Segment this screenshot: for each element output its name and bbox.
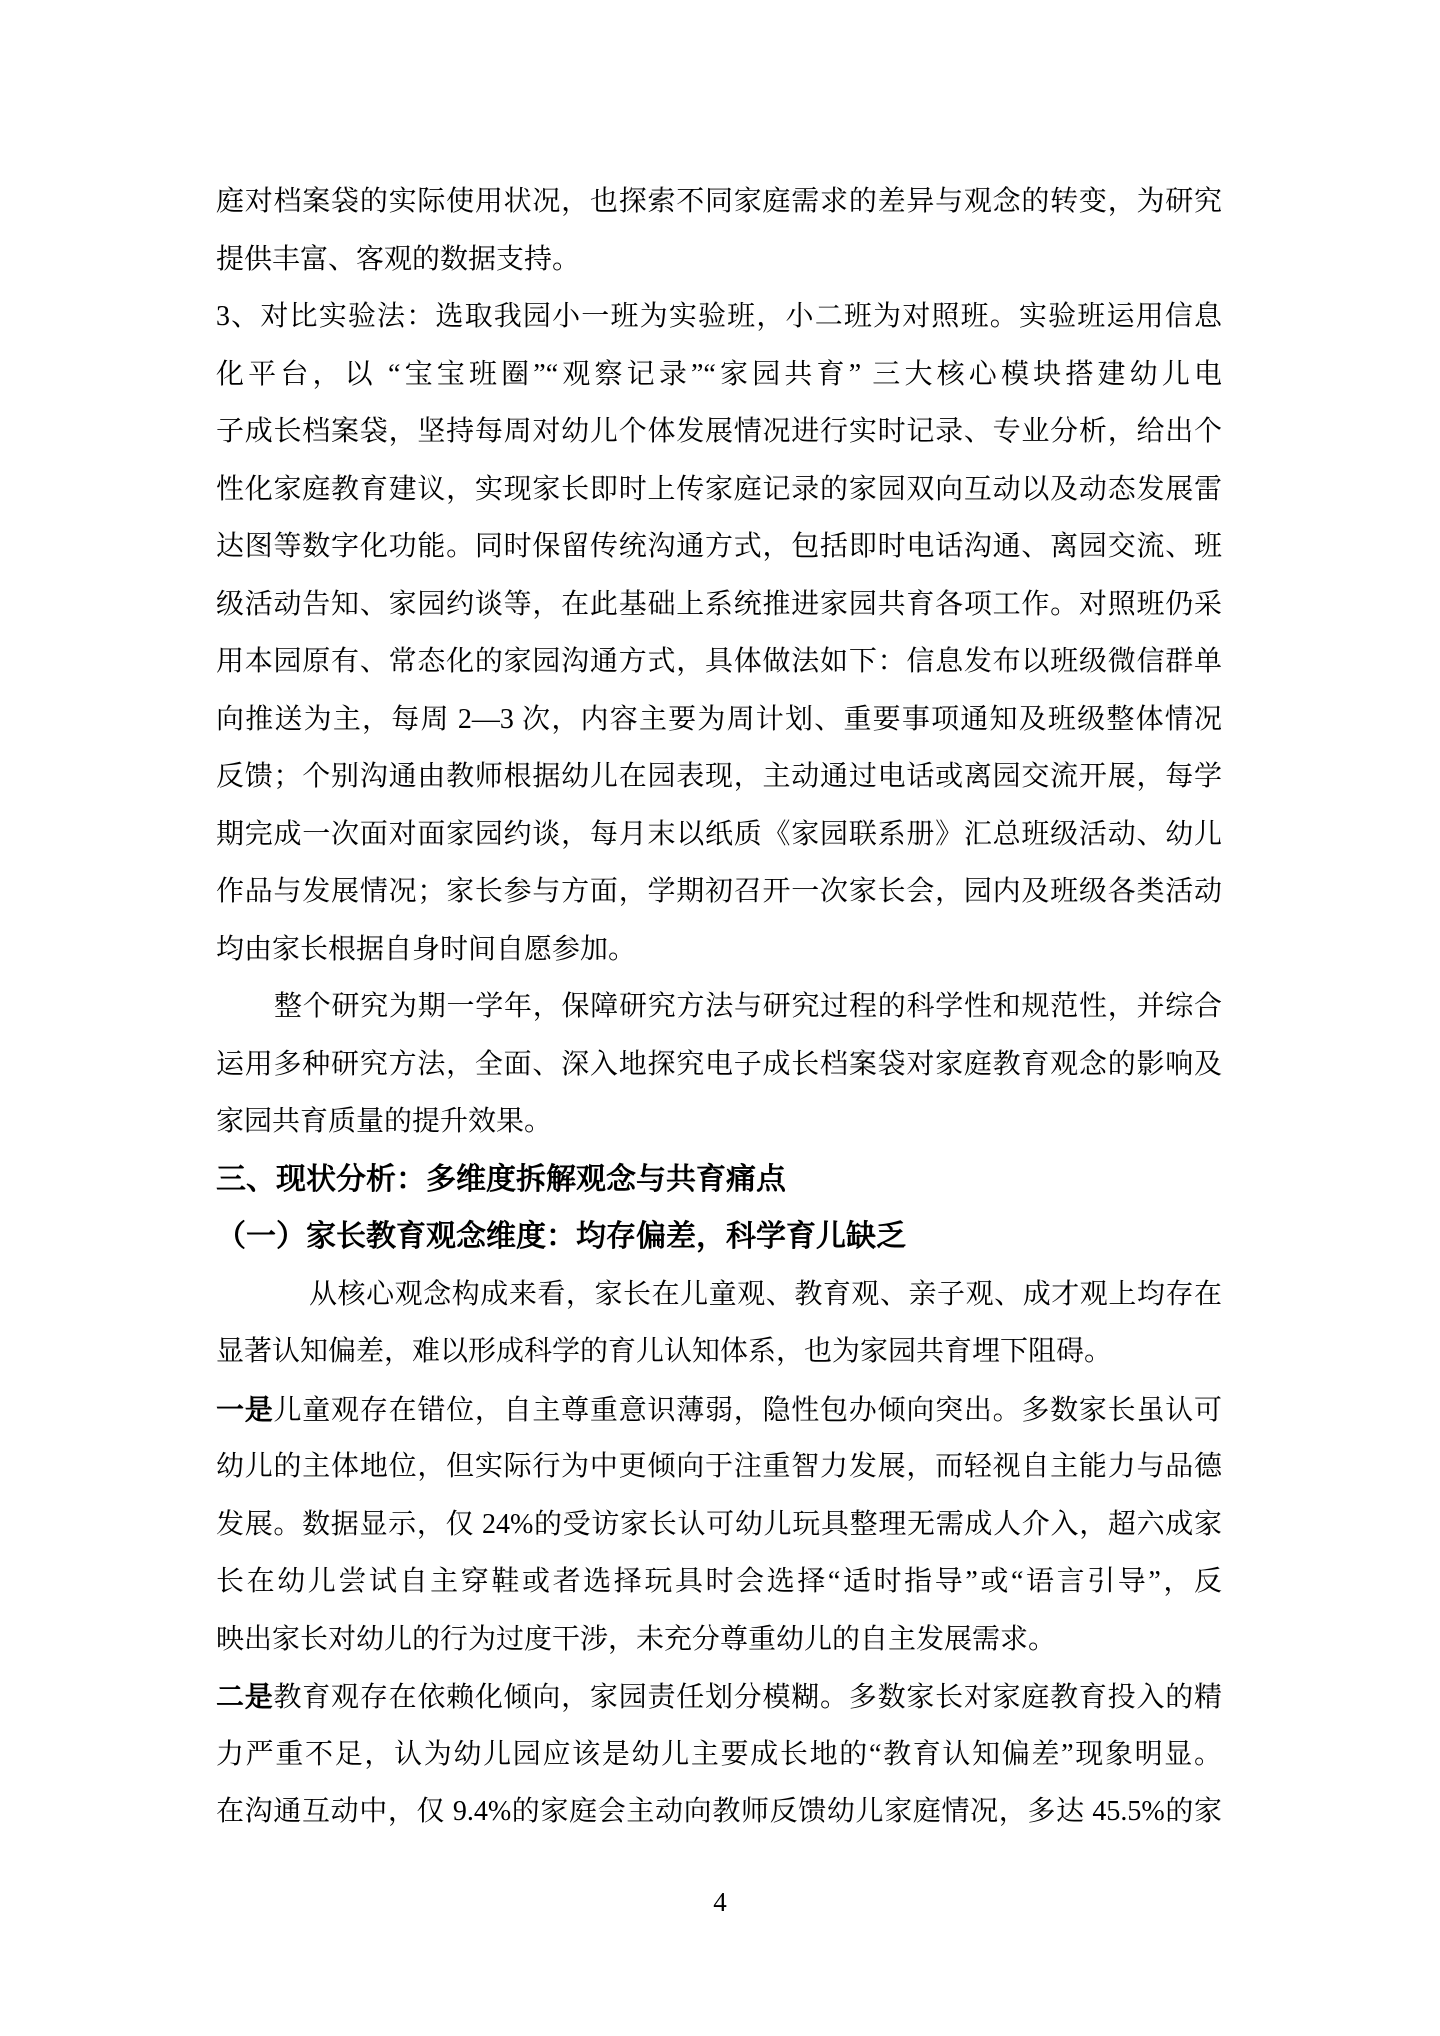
heading-subsection-one-parent-concept: （一）家长教育观念维度：均存偏差，科学育儿缺乏	[216, 1208, 1222, 1266]
text-line: 从核心观念构成来看，家长在儿童观、教育观、亲子观、成才观上均存在	[216, 1266, 1222, 1324]
text-run: 期完成一次面对面家园约谈，每月末以纸质《家园联系册》汇总班级活动、幼儿	[216, 819, 1222, 850]
text-line: 提供丰富、客观的数据支持。	[216, 231, 1222, 289]
text-line: 子成长档案袋，坚持每周对幼儿个体发展情况进行实时记录、专业分析，给出个	[216, 403, 1222, 461]
text-run: 级活动告知、家园约谈等，在此基础上系统推进家园共育各项工作。对照班仍采	[216, 589, 1222, 620]
bold-run: 一是	[216, 1394, 274, 1425]
text-run: 从核心观念构成来看，家长在儿童观、教育观、亲子观、成才观上均存在	[309, 1279, 1222, 1310]
text-run: 性化家庭教育建议，实现家长即时上传家庭记录的家园双向互动以及动态发展雷	[216, 474, 1222, 505]
text-line: 一是儿童观存在错位，自主尊重意识薄弱，隐性包办倾向突出。多数家长虽认可	[216, 1381, 1222, 1439]
text-run: 映出家长对幼儿的行为过度干涉，未充分尊重幼儿的自主发展需求。	[216, 1624, 1056, 1655]
text-run: 家园共育质量的提升效果。	[216, 1106, 552, 1137]
text-run: 显著认知偏差，难以形成科学的育儿认知体系，也为家园共育埋下阻碍。	[216, 1336, 1112, 1367]
text-line: 向推送为主，每周 2—3 次，内容主要为周计划、重要事项通知及班级整体情况	[216, 691, 1222, 749]
text-run: 在沟通互动中，仅 9.4%的家庭会主动向教师反馈幼儿家庭情况，多达 45.5%的…	[216, 1796, 1222, 1827]
text-run: 运用多种研究方法，全面、深入地探究电子成长档案袋对家庭教育观念的影响及	[216, 1049, 1222, 1080]
text-run: 向推送为主，每周 2—3 次，内容主要为周计划、重要事项通知及班级整体情况	[216, 704, 1222, 735]
text-line: 家园共育质量的提升效果。	[216, 1093, 1222, 1151]
text-line: 化平台，以 “宝宝班圈”“观察记录”“家园共育” 三大核心模块搭建幼儿电	[216, 346, 1222, 404]
document-page: 庭对档案袋的实际使用状况，也探索不同家庭需求的差异与观念的转变，为研究提供丰富、…	[0, 0, 1440, 2036]
text-line: 性化家庭教育建议，实现家长即时上传家庭记录的家园双向互动以及动态发展雷	[216, 461, 1222, 519]
text-line: 反馈；个别沟通由教师根据幼儿在园表现，主动通过电话或离园交流开展，每学	[216, 748, 1222, 806]
text-line: 在沟通互动中，仅 9.4%的家庭会主动向教师反馈幼儿家庭情况，多达 45.5%的…	[216, 1783, 1222, 1841]
para-method-3-contrast-experiment: 3、对比实验法：选取我园小一班为实验班，小二班为对照班。实验班运用信息化平台，以…	[216, 288, 1222, 978]
text-run: 发展。数据显示，仅 24%的受访家长认可幼儿玩具整理无需成人介入，超六成家	[216, 1509, 1222, 1540]
text-run: 力严重不足，认为幼儿园应该是幼儿主要成长地的“教育认知偏差”现象明显。	[216, 1739, 1222, 1770]
para-point-one-child-view: 一是儿童观存在错位，自主尊重意识薄弱，隐性包办倾向突出。多数家长虽认可幼儿的主体…	[216, 1381, 1222, 1669]
text-run: 子成长档案袋，坚持每周对幼儿个体发展情况进行实时记录、专业分析，给出个	[216, 416, 1222, 447]
text-line: 二是教育观存在依赖化倾向，家园责任划分模糊。多数家长对家庭教育投入的精	[216, 1668, 1222, 1726]
text-line: 显著认知偏差，难以形成科学的育儿认知体系，也为家园共育埋下阻碍。	[216, 1323, 1222, 1381]
bold-run: 二是	[216, 1681, 274, 1712]
text-run: 反馈；个别沟通由教师根据幼儿在园表现，主动通过电话或离园交流开展，每学	[216, 761, 1222, 792]
text-line: 三、现状分析：多维度拆解观念与共育痛点	[216, 1151, 1222, 1209]
text-line: 映出家长对幼儿的行为过度干涉，未充分尊重幼儿的自主发展需求。	[216, 1611, 1222, 1669]
text-run: 整个研究为期一学年，保障研究方法与研究过程的科学性和规范性，并综合	[274, 991, 1222, 1022]
text-run: 提供丰富、客观的数据支持。	[216, 244, 580, 275]
text-run: 均由家长根据自身时间自愿参加。	[216, 934, 636, 965]
text-line: 长在幼儿尝试自主穿鞋或者选择玩具时会选择“适时指导”或“语言引导”，反	[216, 1553, 1222, 1611]
text-line: 作品与发展情况；家长参与方面，学期初召开一次家长会，园内及班级各类活动	[216, 863, 1222, 921]
text-run: 用本园原有、常态化的家园沟通方式，具体做法如下：信息发布以班级微信群单	[216, 646, 1222, 677]
text-run: 3、对比实验法：选取我园小一班为实验班，小二班为对照班。实验班运用信息	[216, 301, 1222, 332]
heading-section-three-status-analysis: 三、现状分析：多维度拆解观念与共育痛点	[216, 1151, 1222, 1209]
text-run: 作品与发展情况；家长参与方面，学期初召开一次家长会，园内及班级各类活动	[216, 876, 1222, 907]
text-run: 儿童观存在错位，自主尊重意识薄弱，隐性包办倾向突出。多数家长虽认可	[274, 1395, 1222, 1426]
text-line: 运用多种研究方法，全面、深入地探究电子成长档案袋对家庭教育观念的影响及	[216, 1036, 1222, 1094]
text-line: 整个研究为期一学年，保障研究方法与研究过程的科学性和规范性，并综合	[216, 978, 1222, 1036]
para-concept-overview: 从核心观念构成来看，家长在儿童观、教育观、亲子观、成才观上均存在显著认知偏差，难…	[216, 1266, 1222, 1381]
text-line: 级活动告知、家园约谈等，在此基础上系统推进家园共育各项工作。对照班仍采	[216, 576, 1222, 634]
text-run: 达图等数字化功能。同时保留传统沟通方式，包括即时电话沟通、离园交流、班	[216, 531, 1222, 562]
text-line: 用本园原有、常态化的家园沟通方式，具体做法如下：信息发布以班级微信群单	[216, 633, 1222, 691]
text-run: 长在幼儿尝试自主穿鞋或者选择玩具时会选择“适时指导”或“语言引导”，反	[216, 1566, 1222, 1597]
text-line: 力严重不足，认为幼儿园应该是幼儿主要成长地的“教育认知偏差”现象明显。	[216, 1726, 1222, 1784]
text-block: 庭对档案袋的实际使用状况，也探索不同家庭需求的差异与观念的转变，为研究提供丰富、…	[216, 173, 1222, 1841]
text-run: 幼儿的主体地位，但实际行为中更倾向于注重智力发展，而轻视自主能力与品德	[216, 1451, 1222, 1482]
text-line: 达图等数字化功能。同时保留传统沟通方式，包括即时电话沟通、离园交流、班	[216, 518, 1222, 576]
text-line: 3、对比实验法：选取我园小一班为实验班，小二班为对照班。实验班运用信息	[216, 288, 1222, 346]
text-run: 庭对档案袋的实际使用状况，也探索不同家庭需求的差异与观念的转变，为研究	[216, 186, 1222, 217]
para-research-duration: 整个研究为期一学年，保障研究方法与研究过程的科学性和规范性，并综合运用多种研究方…	[216, 978, 1222, 1151]
bold-run: 三、现状分析：多维度拆解观念与共育痛点	[216, 1163, 786, 1196]
para-intro-continuation: 庭对档案袋的实际使用状况，也探索不同家庭需求的差异与观念的转变，为研究提供丰富、…	[216, 173, 1222, 288]
text-line: 庭对档案袋的实际使用状况，也探索不同家庭需求的差异与观念的转变，为研究	[216, 173, 1222, 231]
para-point-two-education-view: 二是教育观存在依赖化倾向，家园责任划分模糊。多数家长对家庭教育投入的精力严重不足…	[216, 1668, 1222, 1841]
text-line: （一）家长教育观念维度：均存偏差，科学育儿缺乏	[216, 1208, 1222, 1266]
text-run: 教育观存在依赖化倾向，家园责任划分模糊。多数家长对家庭教育投入的精	[274, 1682, 1222, 1713]
text-line: 发展。数据显示，仅 24%的受访家长认可幼儿玩具整理无需成人介入，超六成家	[216, 1496, 1222, 1554]
text-line: 均由家长根据自身时间自愿参加。	[216, 921, 1222, 979]
text-line: 期完成一次面对面家园约谈，每月末以纸质《家园联系册》汇总班级活动、幼儿	[216, 806, 1222, 864]
text-run: 化平台，以 “宝宝班圈”“观察记录”“家园共育” 三大核心模块搭建幼儿电	[216, 359, 1222, 390]
text-line: 幼儿的主体地位，但实际行为中更倾向于注重智力发展，而轻视自主能力与品德	[216, 1438, 1222, 1496]
page-number: 4	[0, 1887, 1440, 1917]
bold-run: （一）家长教育观念维度：均存偏差，科学育儿缺乏	[216, 1220, 906, 1253]
